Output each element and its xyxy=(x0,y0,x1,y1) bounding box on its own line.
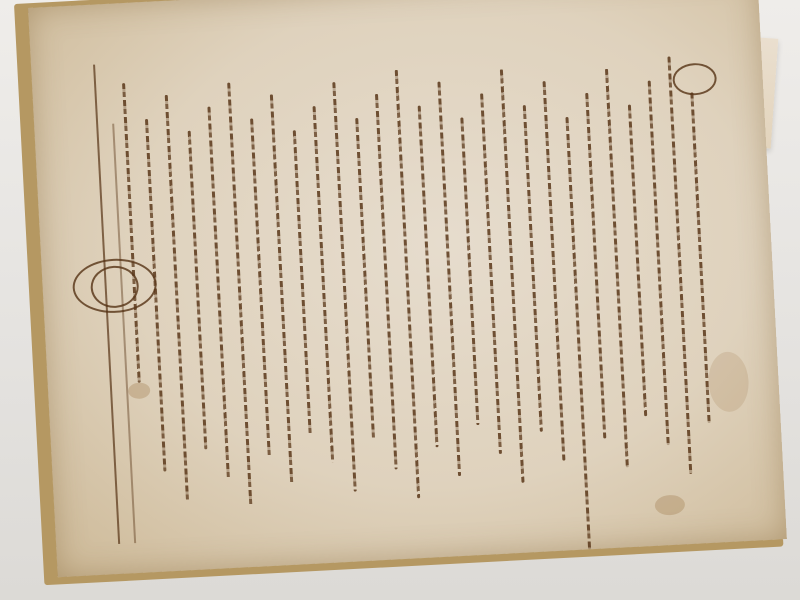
manuscript-page: Photograph of an open antique bound manu… xyxy=(28,0,787,577)
handwritten-text-block xyxy=(91,31,755,544)
